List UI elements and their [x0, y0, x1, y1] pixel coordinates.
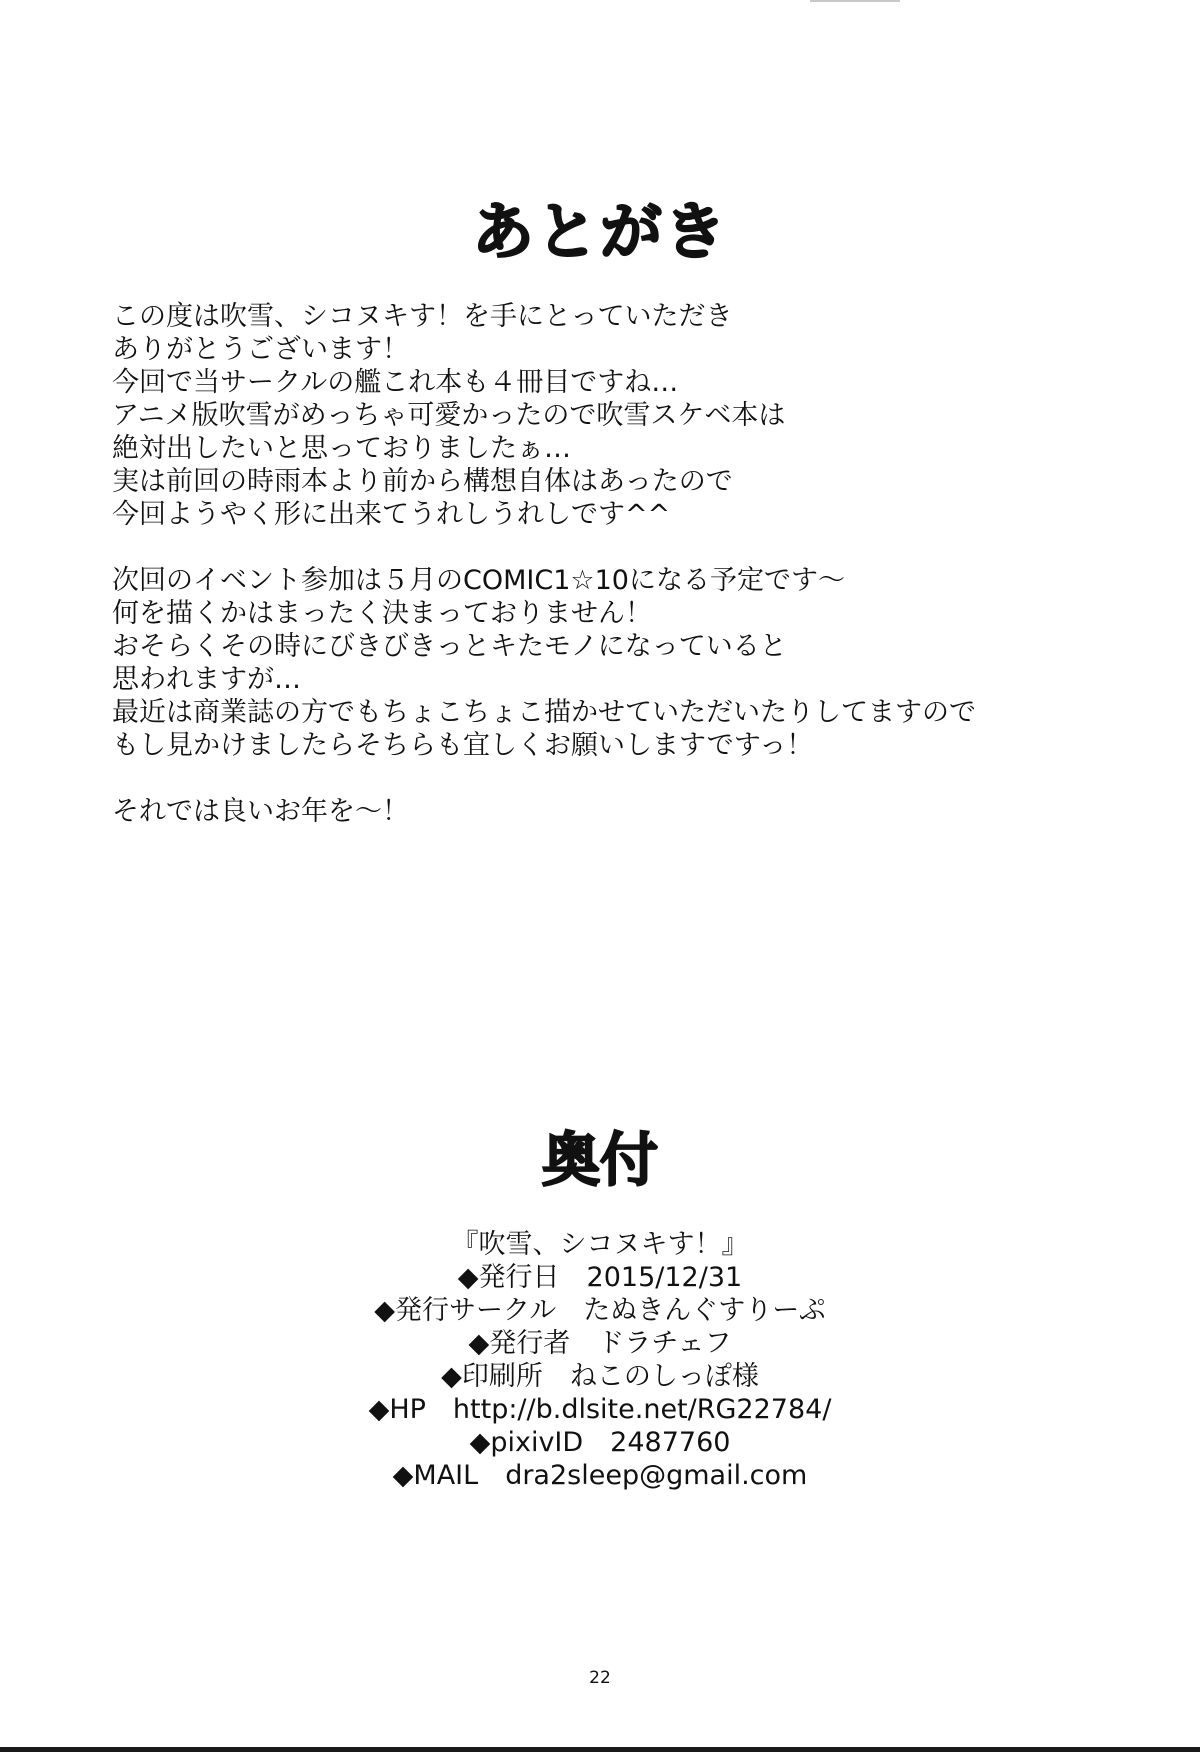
text-line: 実は前回の時雨本より前から構想自体はあったので	[112, 465, 1072, 498]
colophon-publish-date: ◆発行日 2015/12/31	[0, 1261, 1200, 1294]
afterword-body: この度は吹雪、シコヌキす！を手にとっていただき ありがとうございます！ 今回で当…	[112, 300, 1072, 861]
colophon-title: 奥付	[0, 1113, 1200, 1197]
colophon-list: 『吹雪、シコヌキす！』 ◆発行日 2015/12/31 ◆発行サークル たぬきん…	[0, 1228, 1200, 1492]
colophon-circle: ◆発行サークル たぬきんぐすりーぷ	[0, 1294, 1200, 1327]
scan-artifact	[810, 0, 900, 2]
text-line: 今回で当サークルの艦これ本も４冊目ですね…	[112, 366, 1072, 399]
text-line: この度は吹雪、シコヌキす！を手にとっていただき	[112, 300, 1072, 333]
text-line: それでは良いお年を～！	[112, 795, 1072, 828]
text-line: 次回のイベント参加は５月のCOMIC1☆10になる予定です～	[112, 564, 1072, 597]
colophon-printer: ◆印刷所 ねこのしっぽ様	[0, 1360, 1200, 1393]
afterword-paragraph-2: 次回のイベント参加は５月のCOMIC1☆10になる予定です～ 何を描くかはまった…	[112, 564, 1072, 762]
text-line: 最近は商業誌の方でもちょこちょこ描かせていただいたりしてますので	[112, 696, 1072, 729]
afterword-paragraph-1: この度は吹雪、シコヌキす！を手にとっていただき ありがとうございます！ 今回で当…	[112, 300, 1072, 531]
colophon-pixiv-id: ◆pixivID 2487760	[0, 1426, 1200, 1459]
text-line: 思われますが…	[112, 663, 1072, 696]
text-line: 何を描くかはまったく決まっておりません！	[112, 597, 1072, 630]
colophon-homepage: ◆HP http://b.dlsite.net/RG22784/	[0, 1393, 1200, 1426]
page-number: 22	[0, 1668, 1200, 1688]
afterword-title: あとがき	[0, 182, 1200, 271]
text-line: ありがとうございます！	[112, 333, 1072, 366]
colophon-publisher: ◆発行者 ドラチェフ	[0, 1327, 1200, 1360]
text-line: 今回ようやく形に出来てうれしうれしです^^	[112, 498, 1072, 531]
colophon-book-title: 『吹雪、シコヌキす！』	[0, 1228, 1200, 1261]
scan-edge	[0, 1747, 1200, 1752]
text-line: おそらくその時にびきびきっとキたモノになっていると	[112, 630, 1072, 663]
text-line: 絶対出したいと思っておりましたぁ…	[112, 432, 1072, 465]
text-line: アニメ版吹雪がめっちゃ可愛かったので吹雪スケベ本は	[112, 399, 1072, 432]
text-line: もし見かけましたらそちらも宜しくお願いしますですっ！	[112, 729, 1072, 762]
afterword-paragraph-3: それでは良いお年を～！	[112, 795, 1072, 828]
colophon-mail: ◆MAIL dra2sleep@gmail.com	[0, 1459, 1200, 1492]
